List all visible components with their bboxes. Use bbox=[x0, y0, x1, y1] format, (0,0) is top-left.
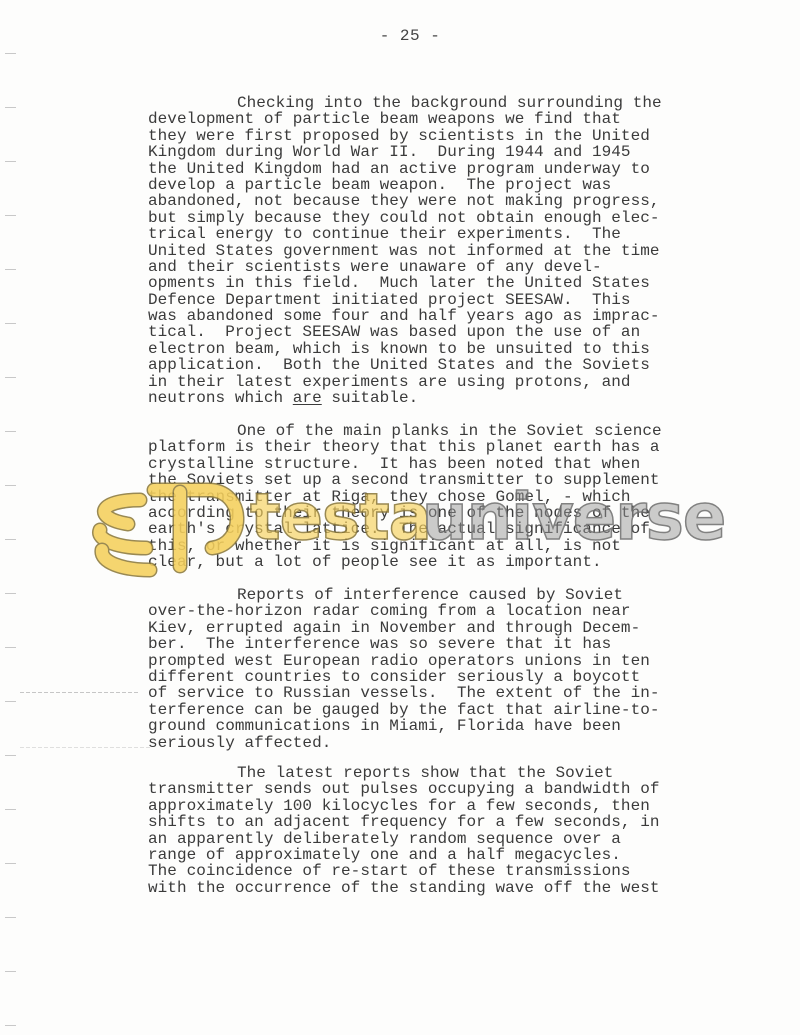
text-line: United States government was not informe… bbox=[148, 243, 688, 259]
margin-tick-mark bbox=[5, 107, 16, 108]
text-line: trical energy to continue their experime… bbox=[148, 226, 688, 242]
text-line: the Soviets set up a second transmitter … bbox=[148, 472, 688, 488]
text-line: clear, but a lot of people see it as imp… bbox=[148, 554, 688, 570]
margin-tick-mark bbox=[5, 377, 16, 378]
paragraph-radar-interference: Reports of interference caused by Soviet… bbox=[148, 587, 688, 751]
page-number: - 25 - bbox=[370, 27, 450, 45]
text-line: terference can be gauged by the fact tha… bbox=[148, 702, 688, 718]
text-line: according to their theory is one of the … bbox=[148, 505, 688, 521]
text-line: electron beam, which is known to be unsu… bbox=[148, 341, 688, 357]
text-line: an apparently deliberately random sequen… bbox=[148, 831, 688, 847]
text-line: they were first proposed by scientists i… bbox=[148, 128, 688, 144]
text-line: with the occurrence of the standing wave… bbox=[148, 880, 688, 896]
text-line: Checking into the background surrounding… bbox=[148, 95, 688, 111]
left-margin-ticks bbox=[0, 0, 30, 1035]
text-line: approximately 100 kilocycles for a few s… bbox=[148, 798, 688, 814]
text-line: develop a particle beam weapon. The proj… bbox=[148, 177, 688, 193]
text-line: application. Both the United States and … bbox=[148, 357, 688, 373]
margin-tick-mark bbox=[5, 809, 16, 810]
margin-tick-mark bbox=[5, 701, 16, 702]
text-line: platform is their theory that this plane… bbox=[148, 439, 688, 455]
text-fragment: suitable. bbox=[322, 389, 419, 407]
text-line: and their scientists were unaware of any… bbox=[148, 259, 688, 275]
margin-tick-mark bbox=[5, 647, 16, 648]
margin-tick-mark bbox=[5, 485, 16, 486]
text-line: over-the-horizon radar coming from a loc… bbox=[148, 603, 688, 619]
text-line: The coincidence of re-start of these tra… bbox=[148, 863, 688, 879]
text-line: the transmitter at Riga, they chose Gome… bbox=[148, 489, 688, 505]
text-line: Reports of interference caused by Soviet bbox=[148, 587, 688, 603]
margin-tick-mark bbox=[5, 431, 16, 432]
text-line: neutrons which are suitable. bbox=[148, 390, 688, 406]
text-line: but simply because they could not obtain… bbox=[148, 210, 688, 226]
text-line: different countries to consider seriousl… bbox=[148, 669, 688, 685]
text-line: was abandoned some four and half years a… bbox=[148, 308, 688, 324]
margin-tick-mark bbox=[5, 269, 16, 270]
margin-tick-mark bbox=[5, 755, 16, 756]
text-line: Kingdom during World War II. During 1944… bbox=[148, 144, 688, 160]
paragraph-particle-beam-history: Checking into the background surrounding… bbox=[148, 95, 688, 406]
text-line: the United Kingdom had an active program… bbox=[148, 161, 688, 177]
text-line: this, or whether it is significant at al… bbox=[148, 538, 688, 554]
text-line: transmitter sends out pulses occupying a… bbox=[148, 781, 688, 797]
scan-artifact-line bbox=[20, 692, 140, 693]
margin-tick-mark bbox=[5, 863, 16, 864]
text-line: prompted west European radio operators u… bbox=[148, 653, 688, 669]
scan-artifact-line bbox=[20, 747, 150, 748]
text-line: abandoned, not because they were not mak… bbox=[148, 193, 688, 209]
underlined-word: are bbox=[293, 389, 322, 407]
text-line: shifts to an adjacent frequency for a fe… bbox=[148, 814, 688, 830]
margin-tick-mark bbox=[5, 215, 16, 216]
paragraph-crystalline-earth-theory: One of the main planks in the Soviet sci… bbox=[148, 423, 688, 571]
text-line: range of approximately one and a half me… bbox=[148, 847, 688, 863]
margin-tick-mark bbox=[5, 323, 16, 324]
text-line: The latest reports show that the Soviet bbox=[148, 765, 688, 781]
text-line: in their latest experiments are using pr… bbox=[148, 374, 688, 390]
text-line: Defence Department initiated project SEE… bbox=[148, 292, 688, 308]
margin-tick-mark bbox=[5, 539, 16, 540]
text-line: crystalline structure. It has been noted… bbox=[148, 456, 688, 472]
text-line: One of the main planks in the Soviet sci… bbox=[148, 423, 688, 439]
text-line: tical. Project SEESAW was based upon the… bbox=[148, 324, 688, 340]
text-line: development of particle beam weapons we … bbox=[148, 111, 688, 127]
margin-tick-mark bbox=[5, 917, 16, 918]
margin-tick-mark bbox=[5, 53, 16, 54]
margin-tick-mark bbox=[5, 971, 16, 972]
text-fragment: neutrons which bbox=[148, 389, 293, 407]
text-line: Kiev, errupted again in November and thr… bbox=[148, 620, 688, 636]
margin-tick-mark bbox=[5, 593, 16, 594]
margin-tick-mark bbox=[5, 161, 16, 162]
text-line: opments in this field. Much later the Un… bbox=[148, 275, 688, 291]
scanned-document-page: - 25 - Checking into the background surr… bbox=[0, 0, 800, 1035]
text-line: seriously affected. bbox=[148, 735, 688, 751]
text-line: of service to Russian vessels. The exten… bbox=[148, 685, 688, 701]
text-line: ground communications in Miami, Florida … bbox=[148, 718, 688, 734]
text-line: earth's crystal lattice. The actual sign… bbox=[148, 521, 688, 537]
margin-tick-mark bbox=[5, 1025, 16, 1026]
text-line: ber. The interference was so severe that… bbox=[148, 636, 688, 652]
paragraph-transmitter-pulses: The latest reports show that the Soviett… bbox=[148, 765, 688, 896]
